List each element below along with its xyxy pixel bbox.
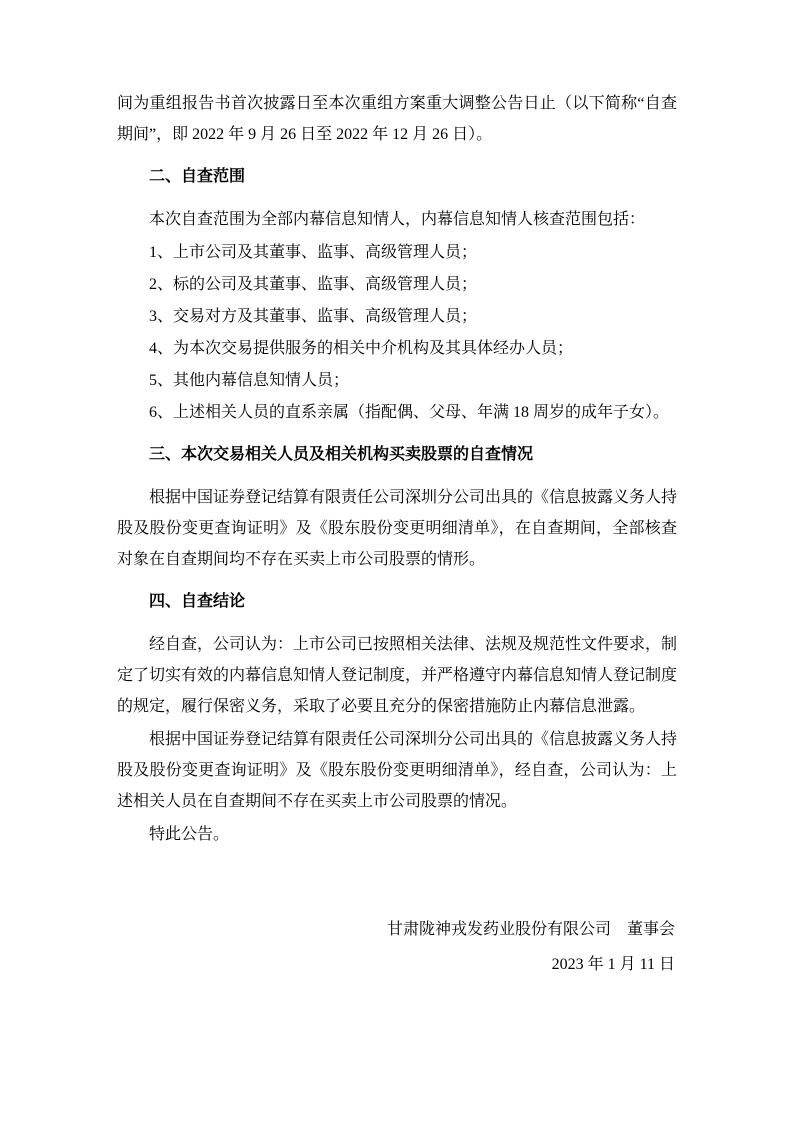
scope-item-1: 1、上市公司及其董事、监事、高级管理人员； [117, 237, 677, 268]
section-heading-scope: 二、自查范围 [117, 161, 677, 192]
signature-date: 2023 年 1 月 11 日 [117, 947, 675, 982]
signature-company: 甘肃陇神戎发药业股份有限公司 董事会 [117, 912, 675, 947]
conclusion-paragraph-2: 根据中国证券登记结算有限责任公司深圳分公司出具的《信息披露义务人持股及股份变更查… [117, 724, 677, 817]
scope-item-4: 4、为本次交易提供服务的相关中介机构及其具体经办人员； [117, 333, 677, 364]
scope-item-5: 5、其他内幕信息知情人员； [117, 365, 677, 396]
conclusion-paragraph-1: 经自查，公司认为：上市公司已按照相关法律、法规及规范性文件要求，制定了切实有效的… [117, 629, 677, 722]
continuation-paragraph: 间为重组报告书首次披露日至本次重组方案重大调整公告日止（以下简称“自查期间”，即… [117, 88, 677, 150]
scope-intro-paragraph: 本次自查范围为全部内幕信息知情人，内幕信息知情人核查范围包括： [117, 204, 677, 235]
scope-item-2: 2、标的公司及其董事、监事、高级管理人员； [117, 269, 677, 300]
section-heading-trading-check: 三、本次交易相关人员及相关机构买卖股票的自查情况 [117, 439, 677, 470]
document-body: 间为重组报告书首次披露日至本次重组方案重大调整公告日止（以下简称“自查期间”，即… [117, 88, 677, 982]
signature-block: 甘肃陇神戎发药业股份有限公司 董事会 2023 年 1 月 11 日 [117, 912, 677, 982]
document-page: 间为重组报告书首次披露日至本次重组方案重大调整公告日止（以下简称“自查期间”，即… [0, 0, 793, 1122]
scope-item-6: 6、上述相关人员的直系亲属（指配偶、父母、年满 18 周岁的成年子女）。 [117, 397, 677, 428]
trading-check-paragraph: 根据中国证券登记结算有限责任公司深圳分公司出具的《信息披露义务人持股及股份变更查… [117, 482, 677, 575]
section-heading-conclusion: 四、自查结论 [117, 586, 677, 617]
announcement-closing: 特此公告。 [117, 819, 677, 850]
scope-item-list: 1、上市公司及其董事、监事、高级管理人员； 2、标的公司及其董事、监事、高级管理… [117, 237, 677, 428]
scope-item-3: 3、交易对方及其董事、监事、高级管理人员； [117, 301, 677, 332]
